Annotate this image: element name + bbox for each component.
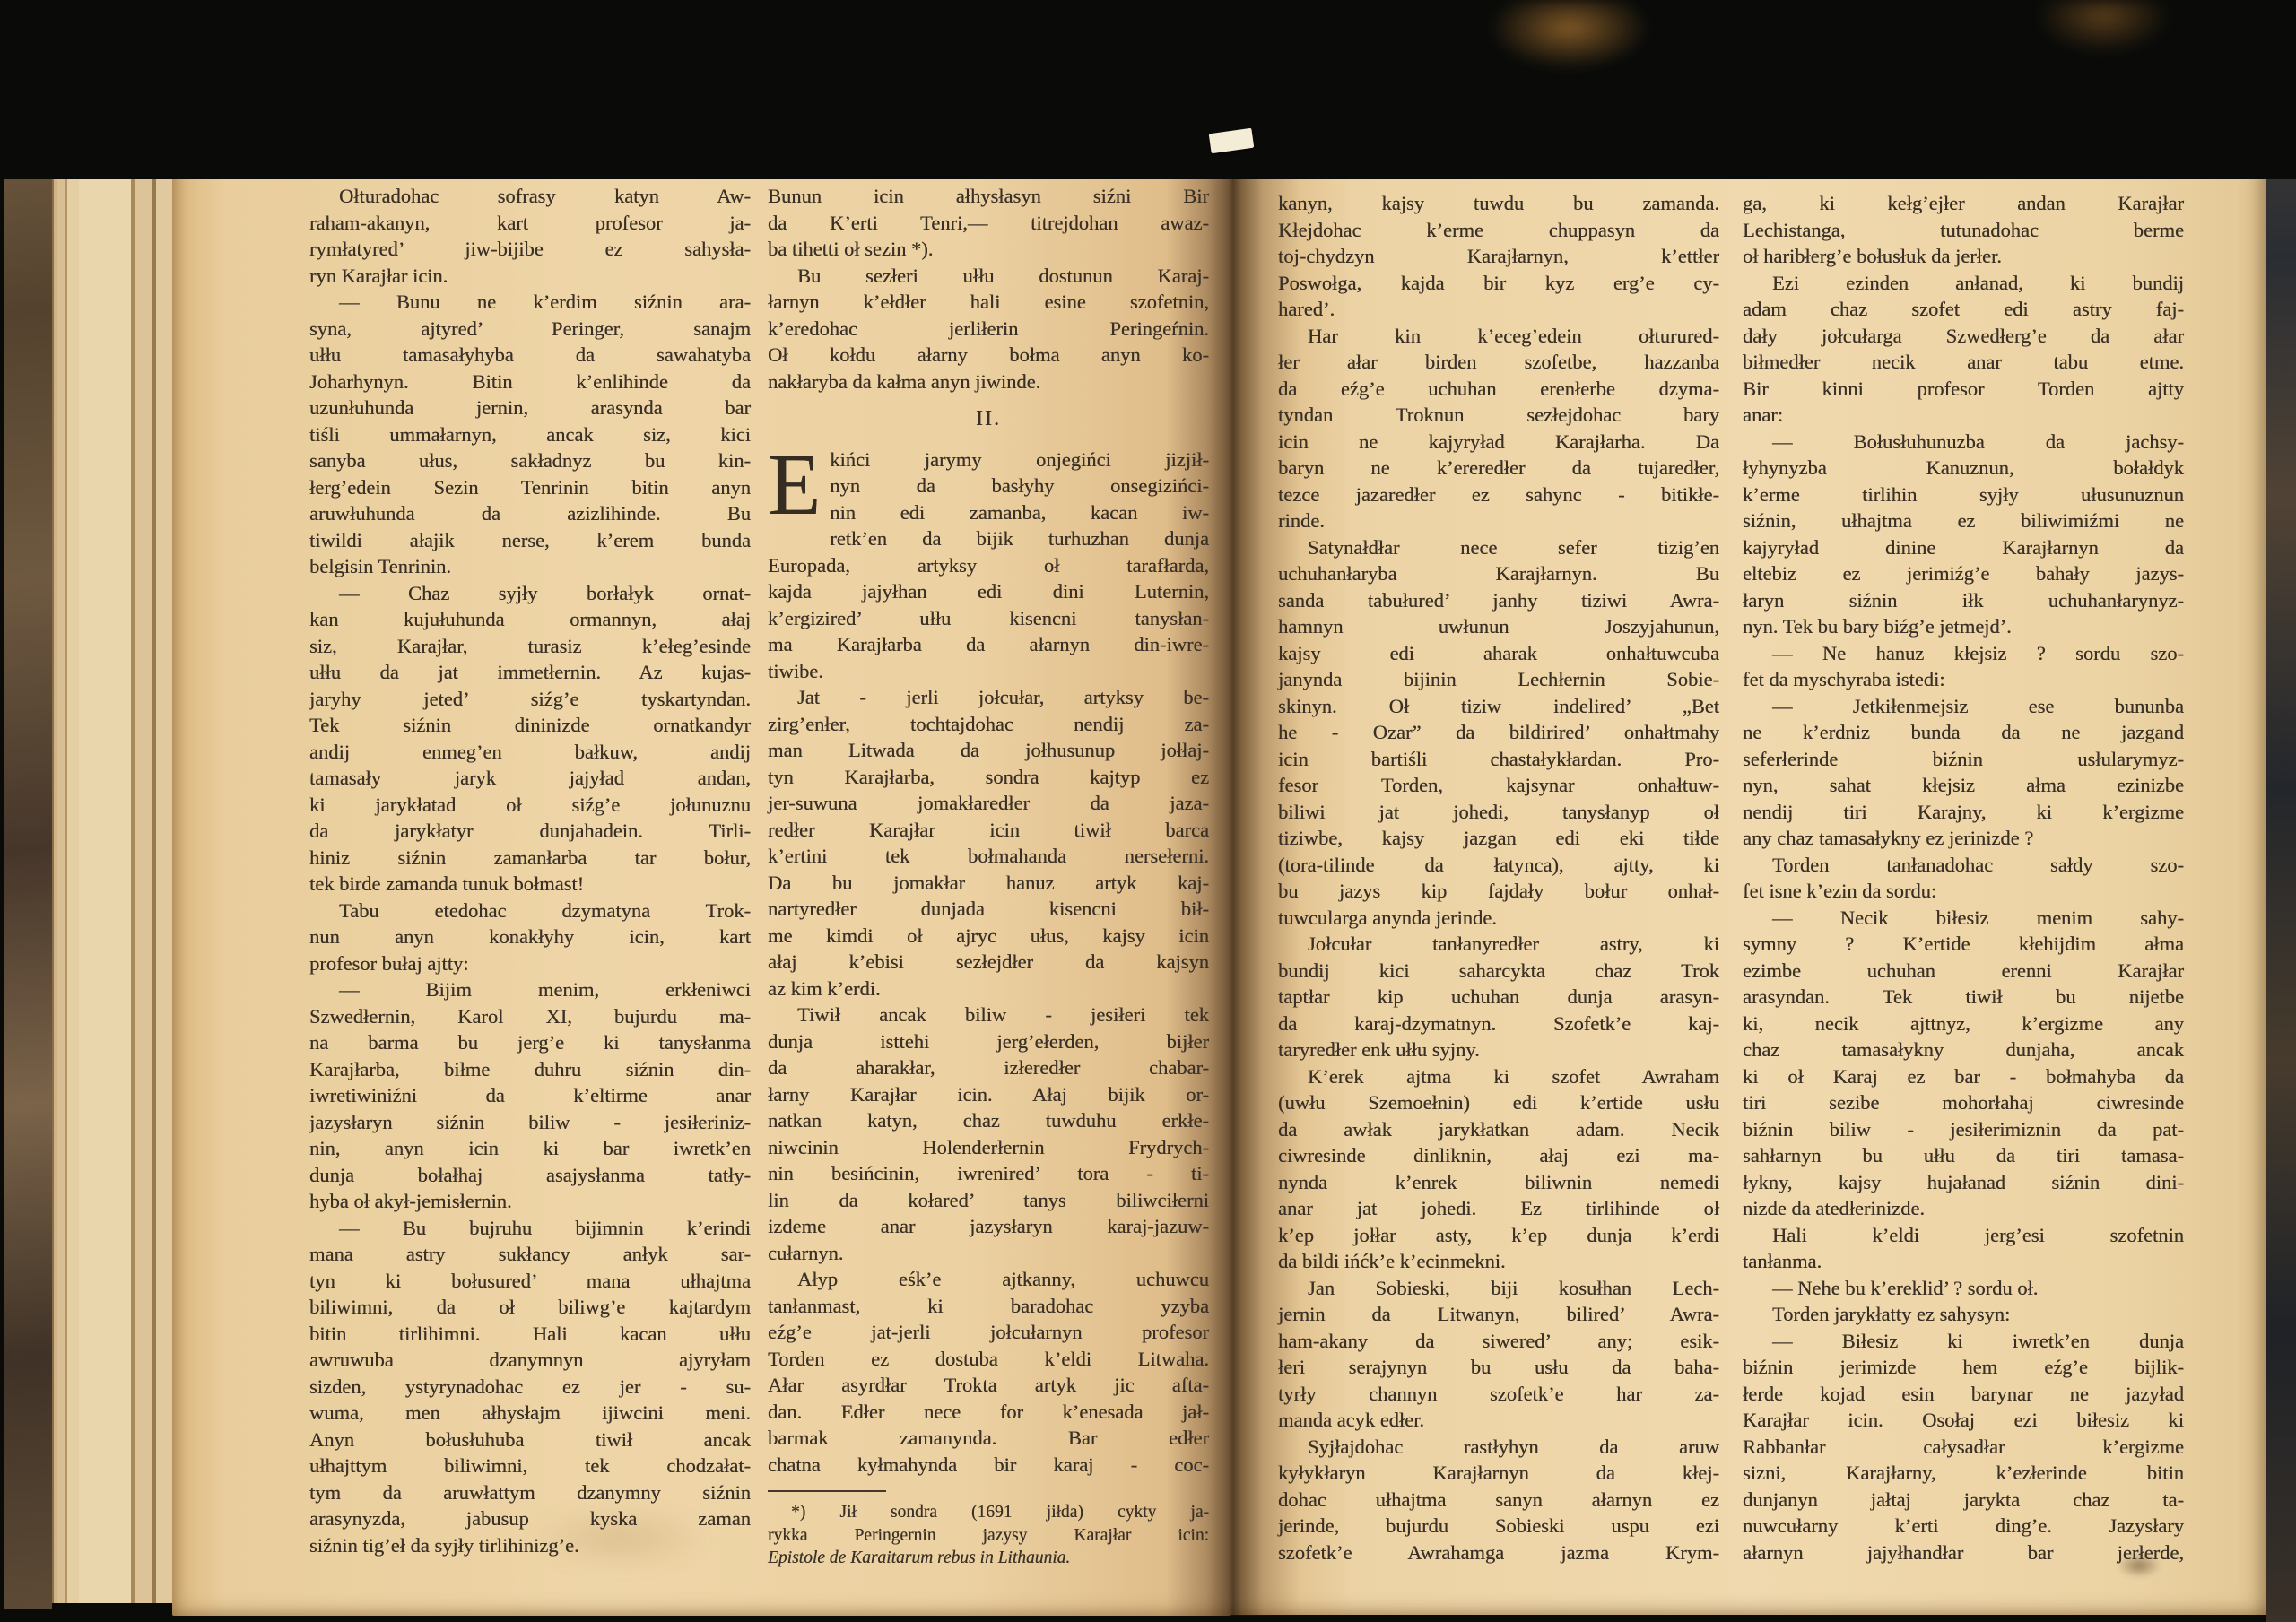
text-line: kajyryład dinine Karajłarnyn da (1743, 534, 2184, 561)
text-line: manda acyk edłer. (1278, 1407, 1719, 1434)
paragraph: K’erek ajtma ki szofet Awraham(uwłu Szem… (1278, 1063, 1719, 1275)
text-line: Syjłajdohac rastłyhyn da aruw (1278, 1434, 1719, 1461)
text-line: rinde. (1278, 507, 1719, 534)
text-line: siz, Karajłar, turasiz k’ełeg’esinde (309, 633, 751, 660)
text-line: dohac ułhajtma sanyn ałarnyn ez (1278, 1487, 1719, 1514)
text-line: anar jat johedi. Ez tirlihinde oł (1278, 1195, 1719, 1222)
text-line: Ałar asyrdłar Trokta artyk jic afta- (768, 1372, 1209, 1399)
text-line: Torden tanłanadohac sałdy szo- (1743, 852, 2184, 879)
footnote-line: Epistole de Karaitarum rebus in Lithauni… (768, 1547, 1209, 1570)
paragraph: — Nehe bu k’ereklid’ ? sordu oł. (1743, 1275, 2184, 1302)
text-line: tyndan Troknun sezłejdohac bary (1278, 402, 1719, 429)
paragraph: Tiwił ancak biliw - jesiłeri tekdunja is… (768, 1002, 1209, 1266)
footnote-rule (768, 1490, 886, 1492)
text-line: da jarykłatyr dunjahadein. Tirli- (309, 818, 751, 845)
text-line: siźnin, ułhajtma ez biliwimiźmi ne (1743, 507, 2184, 534)
text-line: fesor Torden, kajsynar onhałtuw- (1278, 772, 1719, 799)
text-line: uchuhanłaryba Karajłarnyn. Bu (1278, 560, 1719, 587)
text-line: andij enmeg’en bałkuw, andij (309, 739, 751, 766)
text-line: natkan katyn, chaz tuwduhu erkłe- (768, 1107, 1209, 1134)
text-line: ciwresinde dinliknin, ałaj ezi ma- (1278, 1142, 1719, 1169)
text-line: symny ? K’ertide kłehijdim ałma (1743, 931, 2184, 958)
text-line: nin besińcinin, iwrenired’ tora - ti- (768, 1160, 1209, 1187)
text-line: ba tihetti oł sezin *). (768, 236, 1209, 263)
text-line: nin, anyn icin ki bar iwretk’en (309, 1135, 751, 1162)
text-line: profesor bułaj ajtty: (309, 950, 751, 977)
paragraph: Bu sezłeri ułłu dostunun Karaj-łarnyn k’… (768, 263, 1209, 395)
book-cover-edge-right (2266, 16, 2296, 1622)
text-line: tiri sezibe mohorłahaj ciwresinde (1743, 1089, 2184, 1116)
text-line: Da bu jomakłar hanuz artyk kaj- (768, 870, 1209, 897)
text-line: Karajłarba, biłme duhru siźnin din- (309, 1056, 751, 1083)
text-line: hiniz siźnin zamanłarba tar bołur, (309, 845, 751, 872)
text-line: kyłykłaryn Karajłarnyn da kłej- (1278, 1460, 1719, 1487)
text-line: Bu sezłeri ułłu dostunun Karaj- (768, 263, 1209, 290)
text-line: nun anyn konakłyhy icin, kart (309, 924, 751, 950)
text-line: siźnin tig’eł da syjły tirlihinizg’e. (309, 1532, 751, 1559)
text-line: dały jołcułarga Szwedłerg’e da ałar (1743, 323, 2184, 350)
paragraph: Ołturadohac sofrasy katyn Aw-raham-akany… (309, 183, 751, 289)
text-line: Torden jarykłatty ez sahysyn: (1743, 1301, 2184, 1328)
text-line: biźnin jerimizde hem eźg’e bijlik- (1743, 1354, 2184, 1381)
text-line: iwretiwiniźni da k’eltirme anar (309, 1082, 751, 1109)
text-line: tuwcularga anynda jerinde. (1278, 905, 1719, 932)
text-line: k’ertini tek bołmahanda nersełerni. (768, 843, 1209, 870)
text-line: tezce jazaredłer ez sahync - bitikłe- (1278, 481, 1719, 508)
text-line: taryredłer enk ułłu syjny. (1278, 1037, 1719, 1063)
paragraph: Hali k’eldi jerg’esi szofetnintanłanma. (1743, 1222, 2184, 1275)
page5-column-1: kanyn, kajsy tuwdu bu zamanda.Kłejdohac … (1278, 190, 1719, 1566)
paragraph: Syjłajdohac rastłyhyn da aruwkyłykłaryn … (1278, 1434, 1719, 1566)
paragraph: Jołcułar tanłanyredłer astry, kibundij k… (1278, 931, 1719, 1063)
paragraph: — Ne hanuz kłejsiz ? sordu szo-fet da my… (1743, 640, 2184, 693)
text-line: seferłerinde biźnin usłularymyz- (1743, 746, 2184, 773)
text-line: Oł kołdu ałarny bołma anyn ko- (768, 342, 1209, 369)
text-line: ułłu da jat immetłernin. Az kujas- (309, 659, 751, 686)
text-line: kan kujułuhunda ormannyn, ałaj (309, 606, 751, 633)
text-line: da aharakłar, izłeredłer chabar- (768, 1054, 1209, 1081)
text-line: jernin da Litwanyn, bilired’ Awra- (1278, 1301, 1719, 1328)
text-line: Jołcułar tanłanyredłer astry, ki (1278, 931, 1719, 958)
page-stack-edges (52, 56, 172, 1603)
text-line: kińci jarymy onjegińci jizjił- (768, 447, 1209, 473)
text-line: Ołturadohac sofrasy katyn Aw- (309, 183, 751, 210)
page4-column-1: Ołturadohac sofrasy katyn Aw-raham-akany… (309, 183, 751, 1558)
text-line: — Ne hanuz kłejsiz ? sordu szo- (1743, 640, 2184, 667)
text-line: icin ne kajyryład Karajłarha. Da (1278, 429, 1719, 455)
paragraph: Ekińci jarymy onjegińci jizjił-nyn da ba… (768, 447, 1209, 685)
text-line: zirg’enłer, tochtajdohac nendij za- (768, 711, 1209, 738)
text-line: chaz tamasałykny dunjaha, ancak (1743, 1037, 2184, 1063)
stain (2036, 0, 2170, 54)
text-line: tanłanmast, ki baradohac yzyba (768, 1293, 1209, 1320)
text-line: tiziwbe, kajsy jazgan edi eki tiłde (1278, 825, 1719, 852)
text-line: k’eredohac jerliłerin Peringeŕnin. (768, 316, 1209, 343)
text-line: eźg’e jat-jerli jołcułarnyn profesor (768, 1319, 1209, 1346)
text-line: Kłejdohac k’erme chuppasyn da (1278, 217, 1719, 244)
text-line: Rabbanłar całysadłar k’ergizme (1743, 1434, 2184, 1461)
text-line: da eźg’e uchuhan erenłerbe dzyma- (1278, 376, 1719, 403)
text-line: mana astry sukłancy anłyk sar- (309, 1241, 751, 1268)
text-line: Bunun icin ałhysłasyn siźni Bir (768, 183, 1209, 210)
text-line: kajsy edi aharak onhałtuwcuba (1278, 640, 1719, 667)
text-line: bundij kici saharcykta chaz Trok (1278, 958, 1719, 984)
text-line: sahłarnyn bu ułłu da tiri tamasa- (1743, 1142, 2184, 1169)
text-line: łerde kojad esin barynar ne jazyład (1743, 1381, 2184, 1408)
text-line: — Bołusłuhunuzba da jachsy- (1743, 429, 2184, 455)
footnote-line: rykka Peringernin jazysy Karajłar icin: (768, 1524, 1209, 1548)
text-line: izdeme anar jazysłaryn karaj-jazuw- (768, 1213, 1209, 1240)
text-line: da karaj-dzymatnyn. Szofetk’e kaj- (1278, 1010, 1719, 1037)
text-line: Anyn bołusłuhuba tiwił ancak (309, 1427, 751, 1453)
text-line: Tabu etedohac dzymatyna Trok- (309, 898, 751, 924)
text-line: — Nehe bu k’ereklid’ ? sordu oł. (1743, 1275, 2184, 1302)
text-line: ki oł Karaj ez bar - bołmahyba da (1743, 1063, 2184, 1090)
text-line: sanyba ułus, sakładnyz bu kin- (309, 447, 751, 474)
text-line: sizni, Karajłarny, k’ezłerinde bitin (1743, 1460, 2184, 1487)
text-line: skinyn. Oł tiziw indelired’ „Bet (1278, 693, 1719, 720)
text-line: fet isne k’ezin da sordu: (1743, 878, 2184, 905)
paragraph: Bunun icin ałhysłasyn siźni Birda K’erti… (768, 183, 1209, 263)
text-line: nizde da atedłerinizde. (1743, 1195, 2184, 1222)
text-line: nuwcułarny k’erti ding’e. Jazysłary (1743, 1513, 2184, 1540)
section-heading: II. (768, 406, 1209, 433)
text-line: Jat - jerli jołcułar, artyksy be- (768, 684, 1209, 711)
text-line: toj-chydzyn Karajłarnyn, k’ettłer (1278, 243, 1719, 270)
text-line: łarnyn k’ełdłer hali esine szofetnin, (768, 289, 1209, 316)
text-line: łykny, kajsy hujałanad siźnin dini- (1743, 1169, 2184, 1196)
text-line: tyrły channyn szofetk’e har za- (1278, 1381, 1719, 1408)
text-line: da K’erti Tenri,— titrejdohan awaz- (768, 210, 1209, 237)
paragraph: Torden jarykłatty ez sahysyn: (1743, 1301, 2184, 1328)
paragraph: — Bijim menim, erkłeniwciSzwedłernin, Ka… (309, 976, 751, 1215)
text-line: Har kin k’eceg’edein ołturured- (1278, 323, 1719, 350)
text-line: Joharhynyn. Bitin k’enlihinde da (309, 369, 751, 395)
text-line: Ezi ezinden anłanad, ki bundij (1743, 270, 2184, 297)
text-line: tek birde zamanda tunuk bołmast! (309, 871, 751, 898)
text-line: fet da myschyraba istedi: (1743, 666, 2184, 693)
text-line: bu jazys kip fajdały bołur onhał- (1278, 878, 1719, 905)
text-line: rymłatyred’ jiw-bijibe ez sahysła- (309, 236, 751, 263)
text-line: — Necik biłesiz menim sahy- (1743, 905, 2184, 932)
text-line: Bir kinni profesor Torden ajtty (1743, 376, 2184, 403)
text-line: ułhajttym biliwimni, tek chodzałat- (309, 1453, 751, 1479)
text-line: arasynyzda, jabusup kyska zaman (309, 1505, 751, 1532)
text-line: ham-akany da siwered’ any; esik- (1278, 1328, 1719, 1355)
text-line: biliwi jat johedi, tanysłanyp oł (1278, 799, 1719, 826)
paragraph: — Biłesiz ki iwretk’en dunjabiźnin jerim… (1743, 1328, 2184, 1566)
text-line: Lechistanga, tutunadohac berme (1743, 217, 2184, 244)
text-line: łaryn siźnin iłk uchuhanłarynyz- (1743, 587, 2184, 614)
text-line: biźnin biliw - jesiłerimiznin da pat- (1743, 1116, 2184, 1143)
text-line: ałaj k’ebisi sezłejdłer da kajsyn (768, 949, 1209, 976)
text-line: hared’. (1278, 296, 1719, 323)
text-line: az kim k’erdi. (768, 976, 1209, 1002)
text-line: ułłu tamasałyhyba da sawahatyba (309, 342, 751, 369)
text-line: tyn ki bołusured’ mana ułhajtma (309, 1268, 751, 1295)
text-line: ałarnyn jajyłhandłar bar jerłerde, (1743, 1540, 2184, 1566)
text-line: niwcinin Holenderłernin Frydrych- (768, 1134, 1209, 1161)
paragraph: — Bunu ne k’erdim siźnin ara-syna, ajtyr… (309, 289, 751, 580)
text-line: ezimbe uchuhan erenni Karajłar (1743, 958, 2184, 984)
paragraph: kanyn, kajsy tuwdu bu zamanda.Kłejdohac … (1278, 190, 1719, 323)
text-line: łyhynyzba Kanuznun, bołałdyk (1743, 455, 2184, 481)
text-line: — Bunu ne k’erdim siźnin ara- (309, 289, 751, 316)
text-line: kajda jajyłhan edi dini Luternin, (768, 578, 1209, 605)
text-line: nyn, sahat kłejsiz ałma ezinizbe (1743, 772, 2184, 799)
text-line: — Biłesiz ki iwretk’en dunja (1743, 1328, 2184, 1355)
text-line: baryn ne k’ereredłer da tujaredłer, (1278, 455, 1719, 481)
paragraph: — Chaz syjły borłałyk ornat-kan kujułuhu… (309, 580, 751, 898)
text-line: dunja isttehi jerg’ełerden, bijłer (768, 1028, 1209, 1055)
text-line: uzunłuhunda jernin, arasynda bar (309, 395, 751, 421)
text-line: Satynałdłar nece sefer tizig’en (1278, 534, 1719, 561)
text-line: ki jarykłatad oł siźg’e jołunuznu (309, 792, 751, 819)
text-line: tym da aruwłattym dzanymny siźnin (309, 1479, 751, 1506)
text-line: icin bartiśli chastałykłardan. Pro- (1278, 746, 1719, 773)
text-line: taptłar kip uchuhan dunja arasyn- (1278, 984, 1719, 1010)
text-line: ga, ki kełg’ejłer andan Karajłar (1743, 190, 2184, 217)
text-line: Torden ez dostuba k’eldi Litwaha. (768, 1346, 1209, 1373)
text-line: jazysłaryn siźnin biliw - jesiłeriniz- (309, 1109, 751, 1136)
text-line: — Bu bujruhu bijimnin k’erindi (309, 1215, 751, 1242)
text-line: da awłak jarykłatkan adam. Necik (1278, 1116, 1719, 1143)
text-line: arasyndan. Tek tiwił bu nijetbe (1743, 984, 2184, 1010)
footnote-line: *) Jił sondra (1691 jiłda) cykty ja- (768, 1501, 1209, 1524)
paragraph: Ałyp eśk’e ajtkanny, uchuwcutanłanmast, … (768, 1266, 1209, 1478)
text-line: tanłanma. (1743, 1248, 2184, 1275)
text-line: K’erek ajtma ki szofet Awraham (1278, 1063, 1719, 1090)
paragraph: Torden tanłanadohac sałdy szo-fet isne k… (1743, 852, 2184, 905)
text-line: tamasały jaryk jajyład andan, (309, 765, 751, 792)
text-line: łeri serajynyn bu usłu da baha- (1278, 1354, 1719, 1381)
page4-column-2: Bunun icin ałhysłasyn siźni Birda K’erti… (768, 183, 1209, 1570)
text-line: wuma, men ałhysłajm ijiwcini meni. (309, 1400, 751, 1427)
text-line: hyba oł akył-jemisłernin. (309, 1188, 751, 1215)
text-line: janynda bijinin Lechłernin Sobie- (1278, 666, 1719, 693)
text-line: ma Karajłarba da ałarnyn din-iwre- (768, 631, 1209, 658)
text-line: k’ep jołłar asty, k’ep dunja k’erdi (1278, 1222, 1719, 1249)
text-line: kanyn, kajsy tuwdu bu zamanda. (1278, 190, 1719, 217)
text-line: biliwimni, da oł biliwg’e kajtardym (309, 1294, 751, 1321)
text-line: łer ałar birden szofetbe, hazzanba (1278, 349, 1719, 376)
paragraph: Satynałdłar nece sefer tizig’enuchuhanła… (1278, 534, 1719, 932)
text-line: biłmedłer necik anar tabu etme. (1743, 349, 2184, 376)
text-line: — Jetkiłenmejsiz ese bununba (1743, 693, 2184, 720)
text-line: da bildi ińćk’e k’ecinmekni. (1278, 1248, 1719, 1275)
text-line: nynda k’enrek biliwnin nemedi (1278, 1169, 1719, 1196)
text-line: — Chaz syjły borłałyk ornat- (309, 580, 751, 607)
text-line: any chaz tamasałykny ez jerinizde ? (1743, 825, 2184, 852)
text-line: Europada, artyksy oł tarafłarda, (768, 552, 1209, 579)
text-line: jer-suwuna jomakłaredłer da jaza- (768, 790, 1209, 817)
text-line: sanda tabułured’ janhy tiziwi Awra- (1278, 587, 1719, 614)
text-line: man Litwada da jołhusunup jołłaj- (768, 737, 1209, 764)
text-line: raham-akanyn, kart profesor ja- (309, 210, 751, 237)
text-line: redłer Karajłar icin tiwił barca (768, 817, 1209, 844)
drop-cap: E (768, 447, 830, 526)
text-line: dan. Edłer nece for k’enesada jał- (768, 1399, 1209, 1426)
text-line: Poswołga, kajda bir kyz erg’e cy- (1278, 270, 1719, 297)
text-line: me kimdi oł ajryc ułus, kajsy icin (768, 923, 1209, 950)
text-line: tiwildi ałajik nerse, k’erem bunda (309, 527, 751, 554)
text-line: — Bijim menim, erkłeniwci (309, 976, 751, 1003)
text-line: eltebiz ez jerimiźg’e bahały jazys- (1743, 560, 2184, 587)
paragraph: — Jetkiłenmejsiz ese bununbane k’erdniz … (1743, 693, 2184, 852)
text-line: na barma bu jerg’e ki tanysłanma (309, 1029, 751, 1056)
stain (1489, 0, 1650, 70)
text-line: Karajłar icin. Osołaj ezi biłesiz ki (1743, 1407, 2184, 1434)
page5-column-2: ga, ki kełg’ejłer andan KarajłarLechista… (1743, 190, 2184, 1566)
text-line: Szwedłernin, Karol XI, bujurdu ma- (309, 1003, 751, 1030)
text-line: nyn. Tek bu bary biźg’e jetmejd’. (1743, 613, 2184, 640)
text-line: oł haribłerg’e bołusłuk da jerłer. (1743, 243, 2184, 270)
text-line: Tiwił ancak biliw - jesiłeri tek (768, 1002, 1209, 1028)
text-line: nin edi zamanba, kacan iw- (768, 499, 1209, 526)
text-line: jerinde, bujurdu Sobieski uspu ezi (1278, 1513, 1719, 1540)
text-line: belgisin Tenrinin. (309, 553, 751, 580)
text-line: Jan Sobieski, biji kosułhan Lech- (1278, 1275, 1719, 1302)
text-line: dunjanyn jałtaj jarykta chaz ta- (1743, 1487, 2184, 1514)
footnote: *) Jił sondra (1691 jiłda) cykty ja-rykk… (768, 1490, 1209, 1570)
text-line: nakłaryba da kałma anyn jiwinde. (768, 369, 1209, 395)
text-line: jaryhy jeted’ siźg’e tyskartyndan. (309, 686, 751, 713)
paragraph: Jat - jerli jołcułar, artyksy be-zirg’en… (768, 684, 1209, 1002)
text-line: nendij tiri Karajny, ki k’ergizme (1743, 799, 2184, 826)
text-line: Tek siźnin dininizde ornatkandyr (309, 712, 751, 739)
text-line: ne k’erdniz bunda da ne jazgand (1743, 719, 2184, 746)
paragraph: Har kin k’eceg’edein ołturured-łer ałar … (1278, 323, 1719, 534)
text-line: retk’en da bijik turhuzhan dunja (768, 525, 1209, 552)
text-line: łerg’edein Sezin Tenrinin bitin anyn (309, 474, 751, 501)
text-line: barmak zamanynda. Bar edłer (768, 1425, 1209, 1452)
paragraph: Tabu etedohac dzymatyna Trok-nun anyn ko… (309, 898, 751, 977)
text-line: nyn da basłyhy onsegizińci- (768, 473, 1209, 499)
text-line: ki, necik ajttnyz, k’ergizme any (1743, 1010, 2184, 1037)
text-line: cułarnyn. (768, 1240, 1209, 1267)
paragraph: — Necik biłesiz menim sahy-symny ? K’ert… (1743, 905, 2184, 1222)
text-line: tiwibe. (768, 658, 1209, 685)
text-line: syna, ajtyred’ Peringer, sanajm (309, 316, 751, 343)
text-line: adam chaz szofet edi astry faj- (1743, 296, 2184, 323)
text-line: Hali k’eldi jerg’esi szofetnin (1743, 1222, 2184, 1249)
paragraph: — Bołusłuhunuzba da jachsy-łyhynyzba Kan… (1743, 429, 2184, 640)
text-line: k’ergizired’ ułłu kisencni tanysłan- (768, 605, 1209, 632)
text-line: sizden, ystyrynadohac ez jer - su- (309, 1374, 751, 1401)
paragraph: Ezi ezinden anłanad, ki bundijadam chaz … (1743, 270, 2184, 429)
background-top (0, 0, 2296, 179)
text-line: dunja bołałhaj asajysłanma tatły- (309, 1162, 751, 1189)
text-line: awruwuba dzanymnyn ajyryłam (309, 1347, 751, 1374)
text-line: anar: (1743, 402, 2184, 429)
book-cover-edge-left (4, 27, 52, 1609)
text-line: aruwłuhunda da azizlihinde. Bu (309, 500, 751, 527)
text-line: tiśli ummałarnyn, ancak siz, kici (309, 421, 751, 448)
paragraph: — Bu bujruhu bijimnin k’erindimana astry… (309, 1215, 751, 1559)
open-book-photo: 4 KARAJ AWAZY KARAJ AWAZY 5 Ołturadohac … (0, 0, 2296, 1622)
text-line: chatna kyłmahynda bir karaj - coc- (768, 1452, 1209, 1479)
text-line: hamnyn uwłunun Joszyjahunun, (1278, 613, 1719, 640)
text-line: bitin tirlihimni. Hali kacan ułłu (309, 1321, 751, 1348)
text-line: Ałyp eśk’e ajtkanny, uchuwcu (768, 1266, 1209, 1293)
text-line: nartyredłer dunjada kisencni bił- (768, 896, 1209, 923)
text-line: (tora-tilinde da łatynca), ajtty, ki (1278, 852, 1719, 879)
text-line: łarny Karajłar icin. Ałaj bijik or- (768, 1081, 1209, 1108)
text-line: k’erme tirlihin syjły ułusunuznun (1743, 481, 2184, 508)
paragraph: Jan Sobieski, biji kosułhan Lech-jernin … (1278, 1275, 1719, 1434)
text-line: szofetk’e Awrahamga jazma Krym- (1278, 1540, 1719, 1566)
text-line: ryn Karajłar icin. (309, 263, 751, 290)
text-line: lin da kołared’ tanys biliwciłerni (768, 1187, 1209, 1214)
paragraph: ga, ki kełg’ejłer andan KarajłarLechista… (1743, 190, 2184, 270)
text-line: he - Ozar” da bildirired’ onhałtmahy (1278, 719, 1719, 746)
text-line: tyn Karajłarba, sondra kajtyp ez (768, 764, 1209, 791)
text-line: (uwłu Szemoełnin) edi k’ertide usłu (1278, 1089, 1719, 1116)
